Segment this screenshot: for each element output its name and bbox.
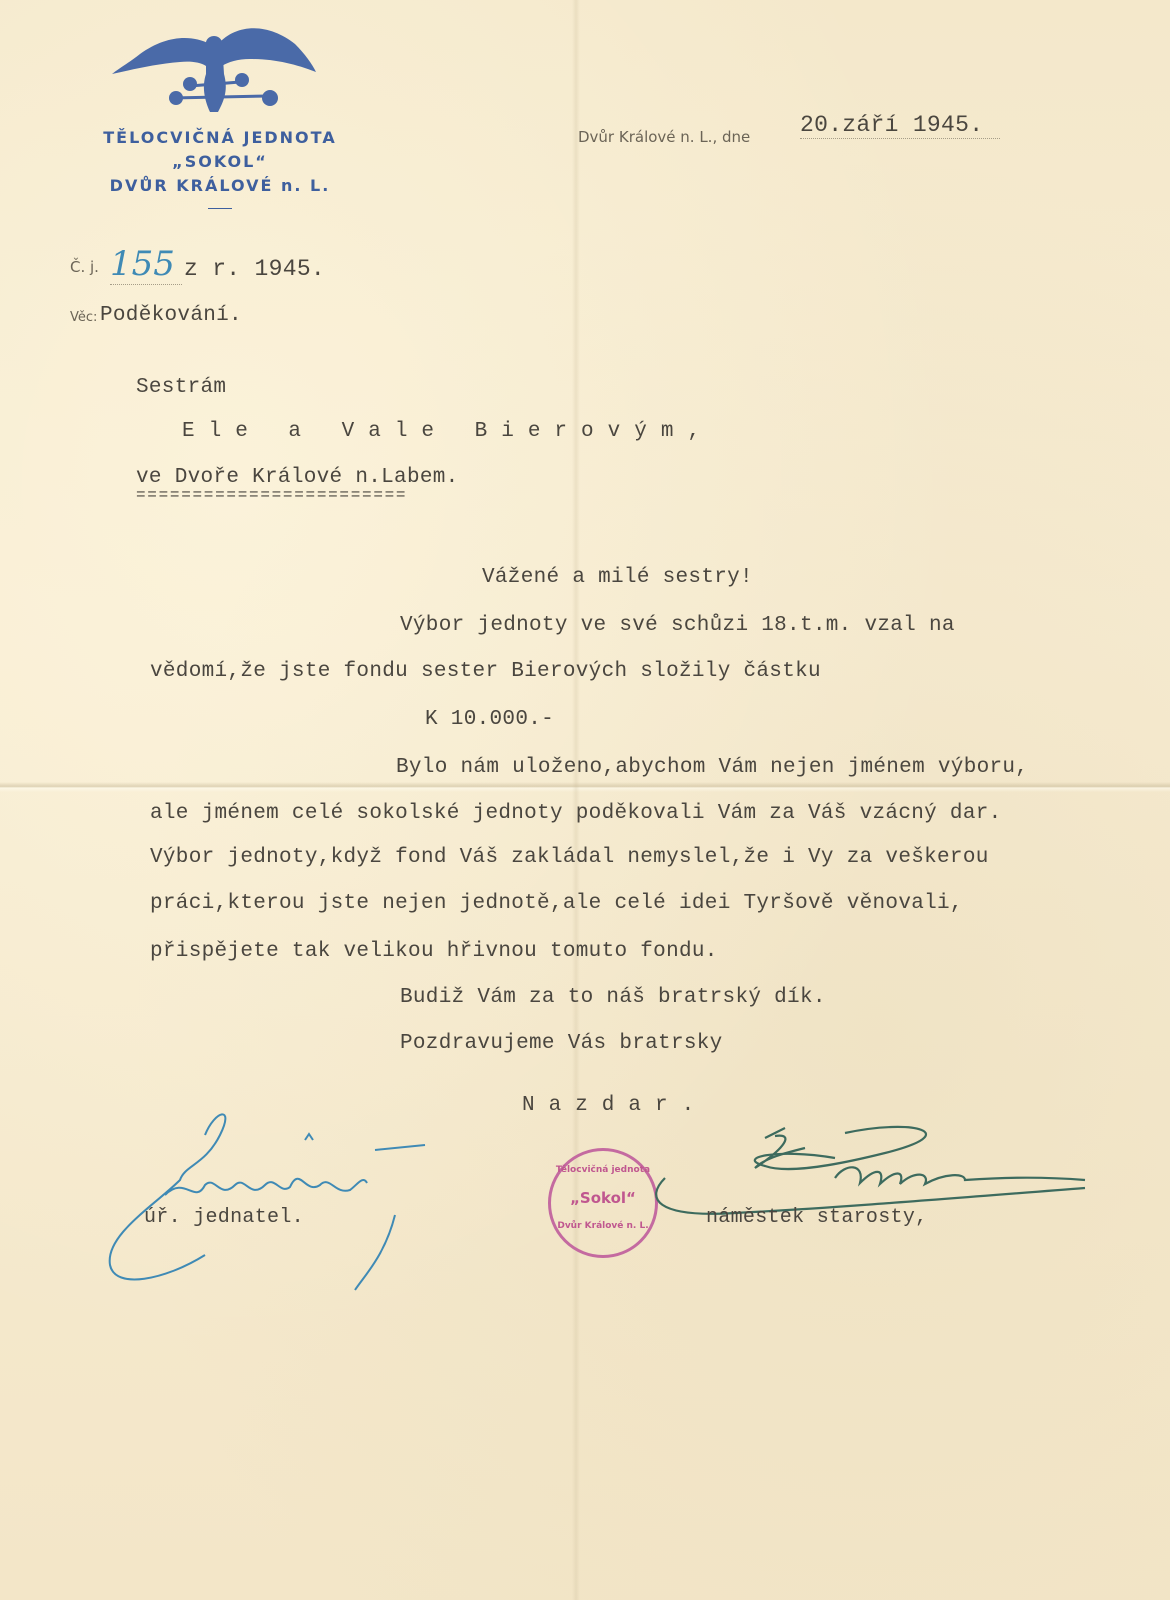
body-line-6: práci,kterou jste nejen jednotě,ale celé… — [150, 892, 963, 915]
letterhead-rule — [208, 208, 232, 209]
secretary-title: úř. jednatel. — [144, 1206, 304, 1229]
recipient-names: Ele a Vale Bierovým, — [182, 420, 714, 443]
subject-value: Poděkování. — [100, 304, 242, 327]
recipient-underline: ======================== — [136, 486, 407, 504]
deputy-chairman-title: náměstek starosty, — [706, 1206, 927, 1229]
letterhead-sokol: „SOKOL“ — [60, 150, 380, 174]
closing-greeting: Pozdravujeme Vás bratrsky — [400, 1032, 723, 1055]
letterhead-city: DVŮR KRÁLOVÉ n. L. — [60, 174, 380, 198]
donation-amount: K 10.000.- — [425, 708, 554, 731]
paper-fold-horizontal — [0, 782, 1170, 792]
stamp-bottom-text: Dvůr Králové n. L. — [551, 1221, 655, 1231]
reference-label: Č. j. — [70, 258, 99, 276]
greeting: Vážené a milé sestry! — [482, 566, 753, 589]
body-line-5: Výbor jednoty,když fond Váš zakládal nem… — [150, 846, 989, 869]
reference-year: z r. 1945. — [184, 256, 325, 282]
body-line-7: přispějete tak velikou hřivnou tomuto fo… — [150, 940, 718, 963]
closing-thanks: Budiž Vám za to náš bratrský dík. — [400, 986, 826, 1009]
body-line-1: Výbor jednoty ve své schůzi 18.t.m. vzal… — [400, 614, 955, 637]
body-line-4: ale jménem celé sokolské jednoty poděkov… — [150, 802, 1002, 825]
letter-date: 20.září 1945. — [800, 112, 1000, 139]
closing-nazdar: Nazdar. — [522, 1094, 708, 1117]
subject-label: Věc: — [70, 310, 97, 325]
recipient-salutation: Sestrám — [136, 376, 226, 399]
reference-number: 155 — [110, 244, 182, 285]
body-line-2: vědomí,že jste fondu sester Bierových sl… — [150, 660, 821, 683]
secretary-signature-icon — [95, 1105, 435, 1300]
body-line-3: Bylo nám uloženo,abychom Vám nejen jméne… — [396, 756, 1028, 779]
paper-fold-vertical — [572, 0, 580, 1600]
letterhead-org-name: TĚLOCVIČNÁ JEDNOTA — [60, 126, 380, 150]
sokol-eagle-icon — [110, 14, 320, 119]
deputy-chairman-signature-icon — [635, 1118, 1095, 1218]
date-place-label: Dvůr Králové n. L., dne — [578, 128, 750, 146]
